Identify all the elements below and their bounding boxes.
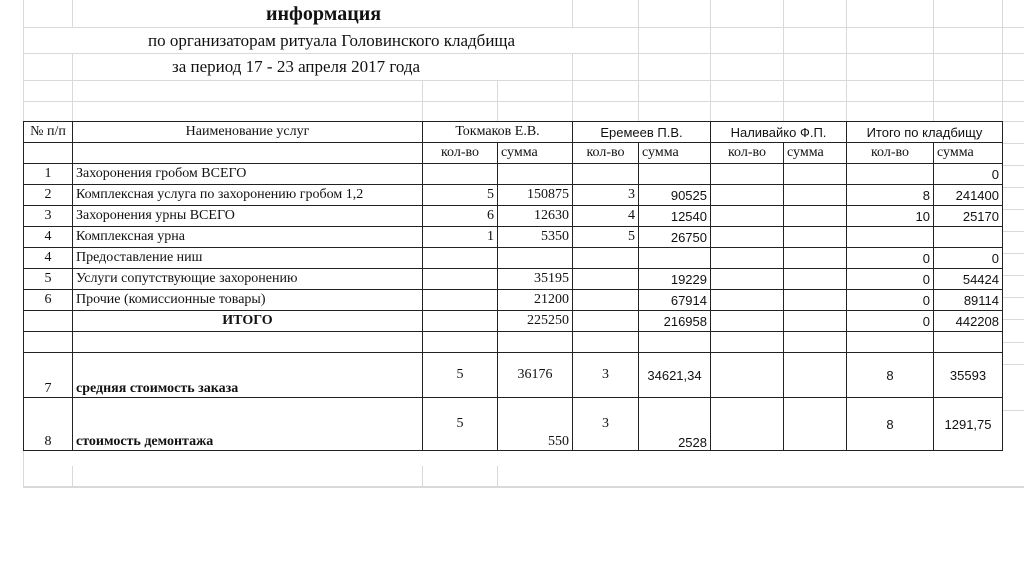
qty-cell: 10 bbox=[847, 206, 934, 227]
service-name: стоимость демонтажа bbox=[73, 398, 423, 451]
sum-cell: 0 bbox=[934, 164, 1003, 185]
sum-cell bbox=[639, 164, 711, 185]
row-number: 2 bbox=[24, 185, 73, 206]
qty-cell: 5 bbox=[423, 353, 498, 398]
sum-cell bbox=[784, 206, 847, 227]
qty-cell: 5 bbox=[423, 185, 498, 206]
row-number: 3 bbox=[24, 206, 73, 227]
table-row: 2Комплексная услуга по захоронению гробо… bbox=[24, 185, 1003, 206]
qty-cell bbox=[711, 290, 784, 311]
service-name bbox=[73, 332, 423, 353]
service-name: Предоставление ниш bbox=[73, 248, 423, 269]
row-number: 6 bbox=[24, 290, 73, 311]
gridline bbox=[933, 0, 934, 121]
sum-cell: 26750 bbox=[639, 227, 711, 248]
gridline bbox=[23, 27, 1024, 28]
gridline bbox=[497, 466, 498, 486]
qty-cell bbox=[711, 269, 784, 290]
row-number: 4 bbox=[24, 248, 73, 269]
gridline bbox=[710, 0, 711, 121]
subheader-row: кол-во сумма кол-во сумма кол-во сумма к… bbox=[24, 143, 1003, 164]
sum-cell: 2528 bbox=[639, 398, 711, 451]
table-row: 5Услуги сопутствующие захоронению3519519… bbox=[24, 269, 1003, 290]
sum-cell: 241400 bbox=[934, 185, 1003, 206]
gridline bbox=[72, 466, 73, 486]
qty-cell bbox=[847, 227, 934, 248]
sum-cell bbox=[784, 353, 847, 398]
sum-cell: 150875 bbox=[498, 185, 573, 206]
table-row: 6Прочие (комиссионные товары)21200679140… bbox=[24, 290, 1003, 311]
gridline bbox=[1002, 187, 1024, 188]
sum-cell bbox=[934, 332, 1003, 353]
gridline bbox=[1002, 297, 1024, 298]
qty-cell bbox=[573, 290, 639, 311]
service-name: Комплексная услуга по захоронению гробом… bbox=[73, 185, 423, 206]
sum-cell bbox=[784, 164, 847, 185]
qty-cell: 6 bbox=[423, 206, 498, 227]
table-row: 3Захоронения урны ВСЕГО61263041254010251… bbox=[24, 206, 1003, 227]
gridline bbox=[23, 101, 1024, 102]
qty-cell: 8 bbox=[847, 353, 934, 398]
header-group-total: Итого по кладбищу bbox=[847, 122, 1003, 143]
sum-cell: 90525 bbox=[639, 185, 711, 206]
qty-cell bbox=[423, 248, 498, 269]
qty-cell: 5 bbox=[573, 227, 639, 248]
sum-cell: 89114 bbox=[934, 290, 1003, 311]
qty-cell bbox=[711, 248, 784, 269]
gridline bbox=[422, 466, 423, 486]
sum-cell: 25170 bbox=[934, 206, 1003, 227]
sum-cell: 67914 bbox=[639, 290, 711, 311]
qty-cell: 0 bbox=[847, 290, 934, 311]
report-period: за период 17 - 23 апреля 2017 года bbox=[172, 57, 420, 77]
sum-cell bbox=[934, 227, 1003, 248]
table-row: 7средняя стоимость заказа536176334621,34… bbox=[24, 353, 1003, 398]
gridline bbox=[1002, 410, 1024, 411]
gridline bbox=[23, 80, 1024, 81]
table-row: ИТОГО2252502169580442208 bbox=[24, 311, 1003, 332]
qty-cell bbox=[847, 332, 934, 353]
header-group-nalivaiko: Наливайко Ф.П. bbox=[711, 122, 847, 143]
gridline bbox=[1002, 253, 1024, 254]
sum-cell bbox=[498, 248, 573, 269]
gridline bbox=[72, 0, 73, 27]
qty-cell bbox=[711, 206, 784, 227]
gridline bbox=[846, 0, 847, 121]
service-name: Прочие (комиссионные товары) bbox=[73, 290, 423, 311]
qty-cell: 1 bbox=[423, 227, 498, 248]
qty-cell: 4 bbox=[573, 206, 639, 227]
qty-cell bbox=[711, 398, 784, 451]
subheader-qty: кол-во bbox=[847, 143, 934, 164]
subheader-qty: кол-во bbox=[423, 143, 498, 164]
sum-cell: 21200 bbox=[498, 290, 573, 311]
sum-cell bbox=[639, 248, 711, 269]
gridline bbox=[1002, 275, 1024, 276]
row-number bbox=[24, 332, 73, 353]
sum-cell: 1291,75 bbox=[934, 398, 1003, 451]
subheader-sum: сумма bbox=[498, 143, 573, 164]
qty-cell bbox=[423, 269, 498, 290]
sum-cell bbox=[784, 248, 847, 269]
row-number: 8 bbox=[24, 398, 73, 451]
sum-cell bbox=[784, 290, 847, 311]
header-row: № п/п Наименование услуг Токмаков Е.В. Е… bbox=[24, 122, 1003, 143]
row-number: 5 bbox=[24, 269, 73, 290]
qty-cell bbox=[711, 185, 784, 206]
sum-cell: 19229 bbox=[639, 269, 711, 290]
subheader-qty: кол-во bbox=[573, 143, 639, 164]
report-subtitle: по организаторам ритуала Головинского кл… bbox=[148, 31, 515, 51]
qty-cell bbox=[573, 248, 639, 269]
header-service: Наименование услуг bbox=[73, 122, 423, 143]
row-number bbox=[24, 311, 73, 332]
sum-cell: 35593 bbox=[934, 353, 1003, 398]
sum-cell bbox=[784, 269, 847, 290]
gridline bbox=[1002, 209, 1024, 210]
service-name: Захоронения урны ВСЕГО bbox=[73, 206, 423, 227]
table-row: 4Комплексная урна15350526750 bbox=[24, 227, 1003, 248]
subheader-sum: сумма bbox=[784, 143, 847, 164]
qty-cell bbox=[423, 164, 498, 185]
qty-cell bbox=[847, 164, 934, 185]
sum-cell: 34621,34 bbox=[639, 353, 711, 398]
service-name: Услуги сопутствующие захоронению bbox=[73, 269, 423, 290]
sum-cell: 216958 bbox=[639, 311, 711, 332]
qty-cell bbox=[573, 164, 639, 185]
spreadsheet: информация по организаторам ритуала Голо… bbox=[0, 0, 1024, 574]
header-group-tokmakov: Токмаков Е.В. bbox=[423, 122, 573, 143]
subheader-empty bbox=[73, 143, 423, 164]
sum-cell: 36176 bbox=[498, 353, 573, 398]
sum-cell: 5350 bbox=[498, 227, 573, 248]
row-number: 1 bbox=[24, 164, 73, 185]
qty-cell bbox=[423, 290, 498, 311]
sum-cell bbox=[784, 227, 847, 248]
gridline bbox=[1002, 165, 1024, 166]
sum-cell bbox=[498, 164, 573, 185]
sum-cell: 12540 bbox=[639, 206, 711, 227]
qty-cell: 0 bbox=[847, 248, 934, 269]
qty-cell: 0 bbox=[847, 311, 934, 332]
qty-cell bbox=[423, 311, 498, 332]
qty-cell bbox=[573, 311, 639, 332]
sum-cell: 442208 bbox=[934, 311, 1003, 332]
qty-cell bbox=[423, 332, 498, 353]
qty-cell: 3 bbox=[573, 185, 639, 206]
service-name: Захоронения гробом ВСЕГО bbox=[73, 164, 423, 185]
sum-cell: 54424 bbox=[934, 269, 1003, 290]
sum-cell: 12630 bbox=[498, 206, 573, 227]
gridline bbox=[572, 0, 573, 27]
sum-cell bbox=[639, 332, 711, 353]
qty-cell: 0 bbox=[847, 269, 934, 290]
subheader-empty bbox=[24, 143, 73, 164]
gridline bbox=[1002, 319, 1024, 320]
table-row: 1Захоронения гробом ВСЕГО0 bbox=[24, 164, 1003, 185]
row-number: 4 bbox=[24, 227, 73, 248]
qty-cell bbox=[711, 311, 784, 332]
qty-cell bbox=[573, 332, 639, 353]
report-table: № п/п Наименование услуг Токмаков Е.В. Е… bbox=[23, 121, 1003, 451]
sum-cell: 35195 bbox=[498, 269, 573, 290]
gridline bbox=[783, 0, 784, 121]
table-row bbox=[24, 332, 1003, 353]
sum-cell bbox=[784, 311, 847, 332]
service-name: ИТОГО bbox=[73, 311, 423, 332]
qty-cell: 8 bbox=[847, 398, 934, 451]
gridline bbox=[1002, 143, 1024, 144]
table-row: 4Предоставление ниш00 bbox=[24, 248, 1003, 269]
service-name: Комплексная урна bbox=[73, 227, 423, 248]
sum-cell: 550 bbox=[498, 398, 573, 451]
gridline bbox=[1002, 342, 1024, 343]
header-num: № п/п bbox=[24, 122, 73, 143]
gridline bbox=[1002, 121, 1024, 122]
sum-cell bbox=[784, 332, 847, 353]
gridline bbox=[72, 53, 73, 121]
qty-cell bbox=[711, 164, 784, 185]
qty-cell: 8 bbox=[847, 185, 934, 206]
qty-cell bbox=[711, 332, 784, 353]
sum-cell: 0 bbox=[934, 248, 1003, 269]
table-row: 8стоимость демонтажа55503252881291,75 bbox=[24, 398, 1003, 451]
report-title: информация bbox=[266, 3, 381, 26]
sum-cell bbox=[784, 398, 847, 451]
gridline bbox=[638, 0, 639, 121]
qty-cell bbox=[573, 269, 639, 290]
gridline bbox=[1002, 0, 1003, 121]
sum-cell bbox=[784, 185, 847, 206]
sum-cell: 225250 bbox=[498, 311, 573, 332]
header-group-eremeev: Еремеев П.В. bbox=[573, 122, 711, 143]
qty-cell bbox=[711, 353, 784, 398]
row-number: 7 bbox=[24, 353, 73, 398]
qty-cell: 3 bbox=[573, 398, 639, 451]
subheader-qty: кол-во bbox=[711, 143, 784, 164]
qty-cell: 5 bbox=[423, 398, 498, 451]
qty-cell: 3 bbox=[573, 353, 639, 398]
gridline bbox=[1002, 364, 1024, 365]
gridline bbox=[23, 53, 1024, 54]
gridline bbox=[572, 53, 573, 121]
gridline bbox=[1002, 231, 1024, 232]
subheader-sum: сумма bbox=[639, 143, 711, 164]
qty-cell bbox=[711, 227, 784, 248]
subheader-sum: сумма bbox=[934, 143, 1003, 164]
sum-cell bbox=[498, 332, 573, 353]
gridline bbox=[23, 486, 1024, 488]
service-name: средняя стоимость заказа bbox=[73, 353, 423, 398]
